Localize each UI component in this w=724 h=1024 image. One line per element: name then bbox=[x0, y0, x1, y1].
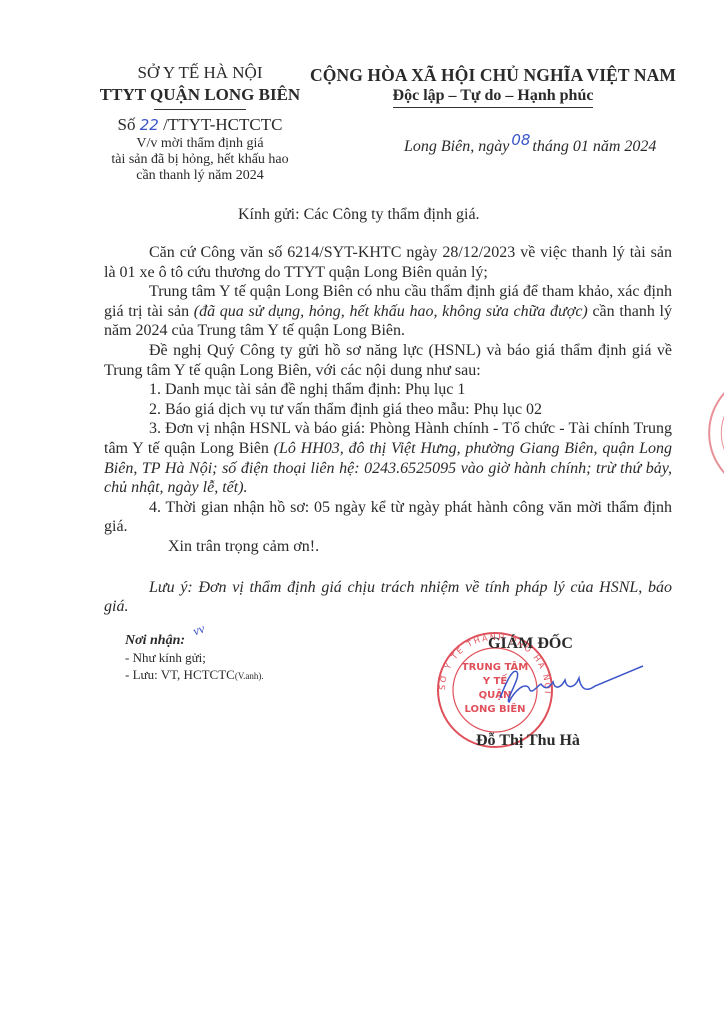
nation-title: CỘNG HÒA XÃ HỘI CHỦ NGHĨA VIỆT NAM bbox=[308, 64, 678, 86]
recipients-line-2: - Lưu: VT, HCTCTC(V.anh). bbox=[125, 666, 264, 685]
handwritten-day: 08 bbox=[509, 131, 532, 149]
note: Lưu ý: Đơn vị thẩm định giá chịu trách n… bbox=[104, 578, 672, 616]
header-divider bbox=[154, 109, 246, 110]
list-item-3: 3. Đơn vị nhận HSNL và báo giá: Phòng Hà… bbox=[104, 419, 672, 497]
handwritten-signature bbox=[495, 660, 645, 710]
agency-name: SỞ Y TẾ HÀ NỘI bbox=[95, 62, 305, 84]
date-suffix: tháng 01 năm 2024 bbox=[532, 138, 656, 155]
list-item-1: 1. Danh mục tài sản đề nghị thẩm định: P… bbox=[104, 380, 672, 400]
paragraph-request: Đề nghị Quý Công ty gửi hồ sơ năng lực (… bbox=[104, 341, 672, 380]
date-prefix: Long Biên, ngày bbox=[404, 138, 509, 155]
list-item-4: 4. Thời gian nhận hồ sơ: 05 ngày kể từ n… bbox=[104, 498, 672, 537]
national-motto: Độc lập – Tự do – Hạnh phúc bbox=[393, 86, 594, 108]
paragraph-basis: Căn cứ Công văn số 6214/SYT-KHTC ngày 28… bbox=[104, 243, 672, 282]
subject-line-2: tài sản đã bị hỏng, hết khấu hao bbox=[95, 152, 305, 168]
letter-body: Căn cứ Công văn số 6214/SYT-KHTC ngày 28… bbox=[104, 243, 672, 557]
recipients-title: Nơi nhận: bbox=[125, 632, 264, 649]
subject-line-3: cần thanh lý năm 2024 bbox=[95, 168, 305, 184]
paragraph-need: Trung tâm Y tế quận Long Biên có nhu cầu… bbox=[104, 282, 672, 341]
recipient-line: Kính gửi: Các Công ty thẩm định giá. bbox=[238, 206, 480, 224]
handwritten-number: 22 bbox=[140, 116, 159, 134]
recipients-line-1: - Như kính gửi; bbox=[125, 649, 264, 666]
subject-line-1: V/v mời thẩm định giá bbox=[95, 136, 305, 152]
recipients-block: Nơi nhận: - Như kính gửi; - Lưu: VT, HCT… bbox=[125, 632, 264, 685]
issuer-header: SỞ Y TẾ HÀ NỘI TTYT QUẬN LONG BIÊN Số 22… bbox=[95, 62, 305, 184]
signer-name: Đỗ Thị Thu Hà bbox=[476, 732, 580, 750]
document-date: Long Biên, ngày08tháng 01 năm 2024 bbox=[404, 137, 656, 156]
page-edge-stamp bbox=[696, 378, 724, 488]
document-number: Số 22 /TTYT-HCTCTC bbox=[95, 114, 305, 136]
number-prefix: Số bbox=[118, 115, 136, 134]
national-header: CỘNG HÒA XÃ HỘI CHỦ NGHĨA VIỆT NAM Độc l… bbox=[308, 64, 678, 108]
signer-title: GIÁM ĐỐC bbox=[488, 635, 573, 653]
number-suffix: /TTYT-HCTCTC bbox=[163, 115, 282, 134]
unit-name: TTYT QUẬN LONG BIÊN bbox=[95, 84, 305, 106]
list-item-2: 2. Báo giá dịch vụ tư vấn thẩm định giá … bbox=[104, 400, 672, 420]
closing-thanks: Xin trân trọng cảm ơn!. bbox=[104, 537, 672, 557]
